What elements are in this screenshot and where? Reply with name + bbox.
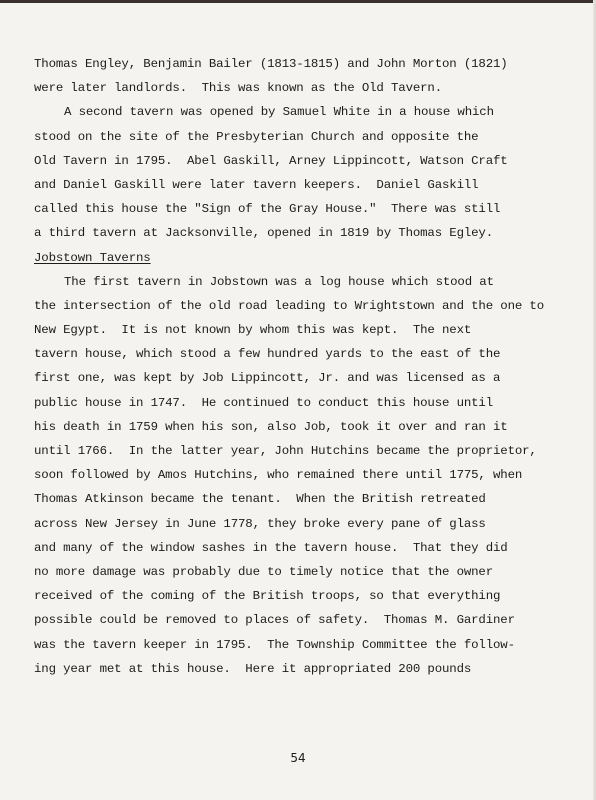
text-line: a third tavern at Jacksonville, opened i… [34, 221, 574, 245]
text-line: his death in 1759 when his son, also Job… [34, 415, 574, 439]
text-line: and Daniel Gaskill were later tavern kee… [34, 173, 574, 197]
text-line: stood on the site of the Presbyterian Ch… [34, 125, 574, 149]
text-line: received of the coming of the British tr… [34, 584, 574, 608]
text-line: were later landlords. This was known as … [34, 76, 574, 100]
text-line: Thomas Atkinson became the tenant. When … [34, 487, 574, 511]
section-heading: Jobstown Taverns [34, 246, 574, 270]
paragraph-3: The first tavern in Jobstown was a log h… [34, 270, 574, 681]
text-line: tavern house, which stood a few hundred … [34, 342, 574, 366]
text-line: The first tavern in Jobstown was a log h… [34, 270, 574, 294]
paragraph-2: A second tavern was opened by Samuel Whi… [34, 100, 574, 245]
text-line: Old Tavern in 1795. Abel Gaskill, Arney … [34, 149, 574, 173]
page-number: 54 [0, 751, 596, 765]
text-line: across New Jersey in June 1778, they bro… [34, 512, 574, 536]
text-line: A second tavern was opened by Samuel Whi… [34, 100, 574, 124]
scan-top-edge [0, 0, 596, 3]
text-line: no more damage was probably due to timel… [34, 560, 574, 584]
section-heading-text: Jobstown Taverns [34, 251, 151, 265]
text-line: Thomas Engley, Benjamin Bailer (1813-181… [34, 52, 574, 76]
text-line: was the tavern keeper in 1795. The Towns… [34, 633, 574, 657]
text-line: first one, was kept by Job Lippincott, J… [34, 366, 574, 390]
text-line: soon followed by Amos Hutchins, who rema… [34, 463, 574, 487]
text-line: and many of the window sashes in the tav… [34, 536, 574, 560]
paragraph-1: Thomas Engley, Benjamin Bailer (1813-181… [34, 52, 574, 100]
text-line: possible could be removed to places of s… [34, 608, 574, 632]
text-line: called this house the "Sign of the Gray … [34, 197, 574, 221]
text-line: public house in 1747. He continued to co… [34, 391, 574, 415]
text-line: ing year met at this house. Here it appr… [34, 657, 574, 681]
text-line: the intersection of the old road leading… [34, 294, 574, 318]
document-page: Thomas Engley, Benjamin Bailer (1813-181… [34, 52, 574, 681]
text-line: New Egypt. It is not known by whom this … [34, 318, 574, 342]
text-line: until 1766. In the latter year, John Hut… [34, 439, 574, 463]
